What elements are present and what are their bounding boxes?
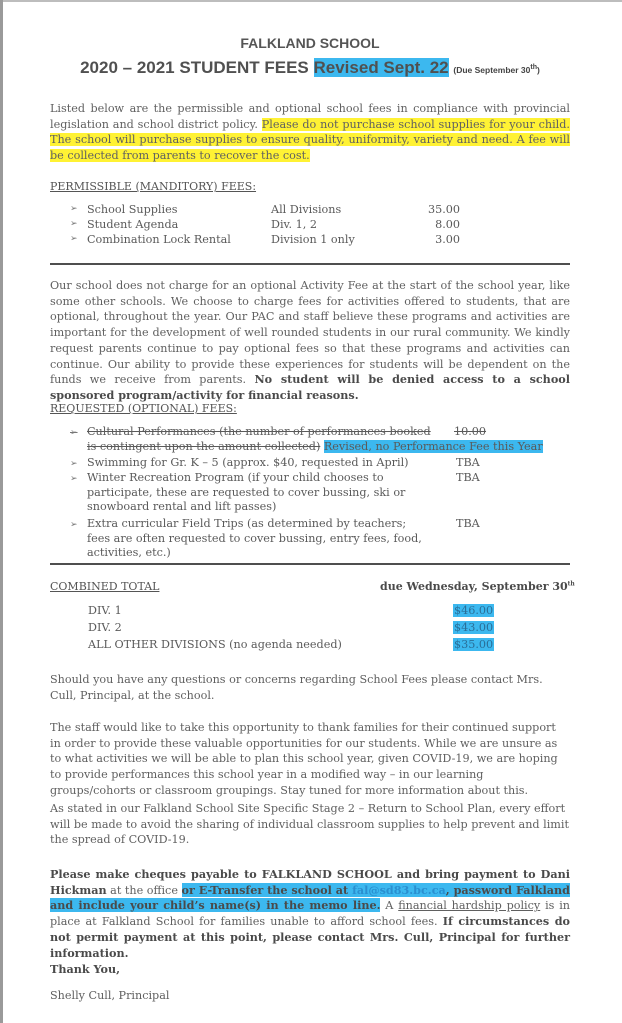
closing-thank-you: Thank You,: [50, 962, 570, 978]
revised-note-highlight: Revised, no Performance Fee this Year: [324, 440, 543, 453]
total-amount-highlight: $35.00: [453, 638, 494, 651]
arrow-bullet-icon: ➢: [70, 234, 78, 244]
optional-fees-heading: REQUESTED (OPTIONAL) FEES:: [50, 402, 237, 415]
arrow-bullet-icon: ➢: [70, 204, 78, 214]
intro-paragraph: Listed below are the permissible and opt…: [50, 101, 570, 164]
financial-hardship-policy-link[interactable]: financial hardship policy: [398, 899, 540, 912]
title-due-date: (Due September 30th): [453, 65, 540, 75]
school-name: FALKLAND SCHOOL: [50, 35, 570, 51]
arrow-bullet-icon: ➢: [70, 457, 78, 472]
combined-total-heading: COMBINED TOTAL: [50, 580, 159, 593]
title-revised-highlight: Revised Sept. 22: [314, 58, 449, 77]
thanks-paragraph: The staff would like to take this opport…: [50, 720, 570, 799]
mandatory-fees-heading: PERMISSIBLE (MANDITORY) FEES:: [50, 180, 256, 193]
email-link[interactable]: fal@sd83.bc.ca: [352, 883, 446, 897]
fee-row: ➢ School Supplies All Divisions 35.00: [50, 203, 570, 218]
total-amount-highlight: $46.00: [453, 604, 494, 617]
page-top-edge: [0, 0, 622, 2]
fee-row: ➢ Student Agenda Div. 1, 2 8.00: [50, 218, 570, 233]
payment-paragraph: Please make cheques payable to FALKLAND …: [50, 867, 570, 961]
questions-paragraph: Should you have any questions or concern…: [50, 672, 570, 703]
title-year: 2020 – 2021 STUDENT FEES: [80, 58, 309, 77]
arrow-bullet-icon: ➢: [70, 426, 78, 441]
signature: Shelly Cull, Principal: [50, 988, 570, 1004]
combined-due-date: due Wednesday, September 30th: [380, 580, 575, 593]
total-amount-highlight: $43.00: [453, 621, 494, 634]
arrow-bullet-icon: ➢: [70, 472, 78, 487]
section-divider: [50, 563, 570, 565]
page-title: 2020 – 2021 STUDENT FEES Revised Sept. 2…: [10, 58, 610, 78]
arrow-bullet-icon: ➢: [70, 518, 78, 533]
page-left-edge: [0, 0, 3, 1023]
activity-paragraph: Our school does not charge for an option…: [50, 278, 570, 404]
arrow-bullet-icon: ➢: [70, 219, 78, 229]
covid-paragraph: As stated in our Falkland School Site Sp…: [50, 801, 570, 848]
fee-row: ➢ Combination Lock Rental Division 1 onl…: [50, 233, 570, 248]
section-divider: [50, 263, 570, 265]
